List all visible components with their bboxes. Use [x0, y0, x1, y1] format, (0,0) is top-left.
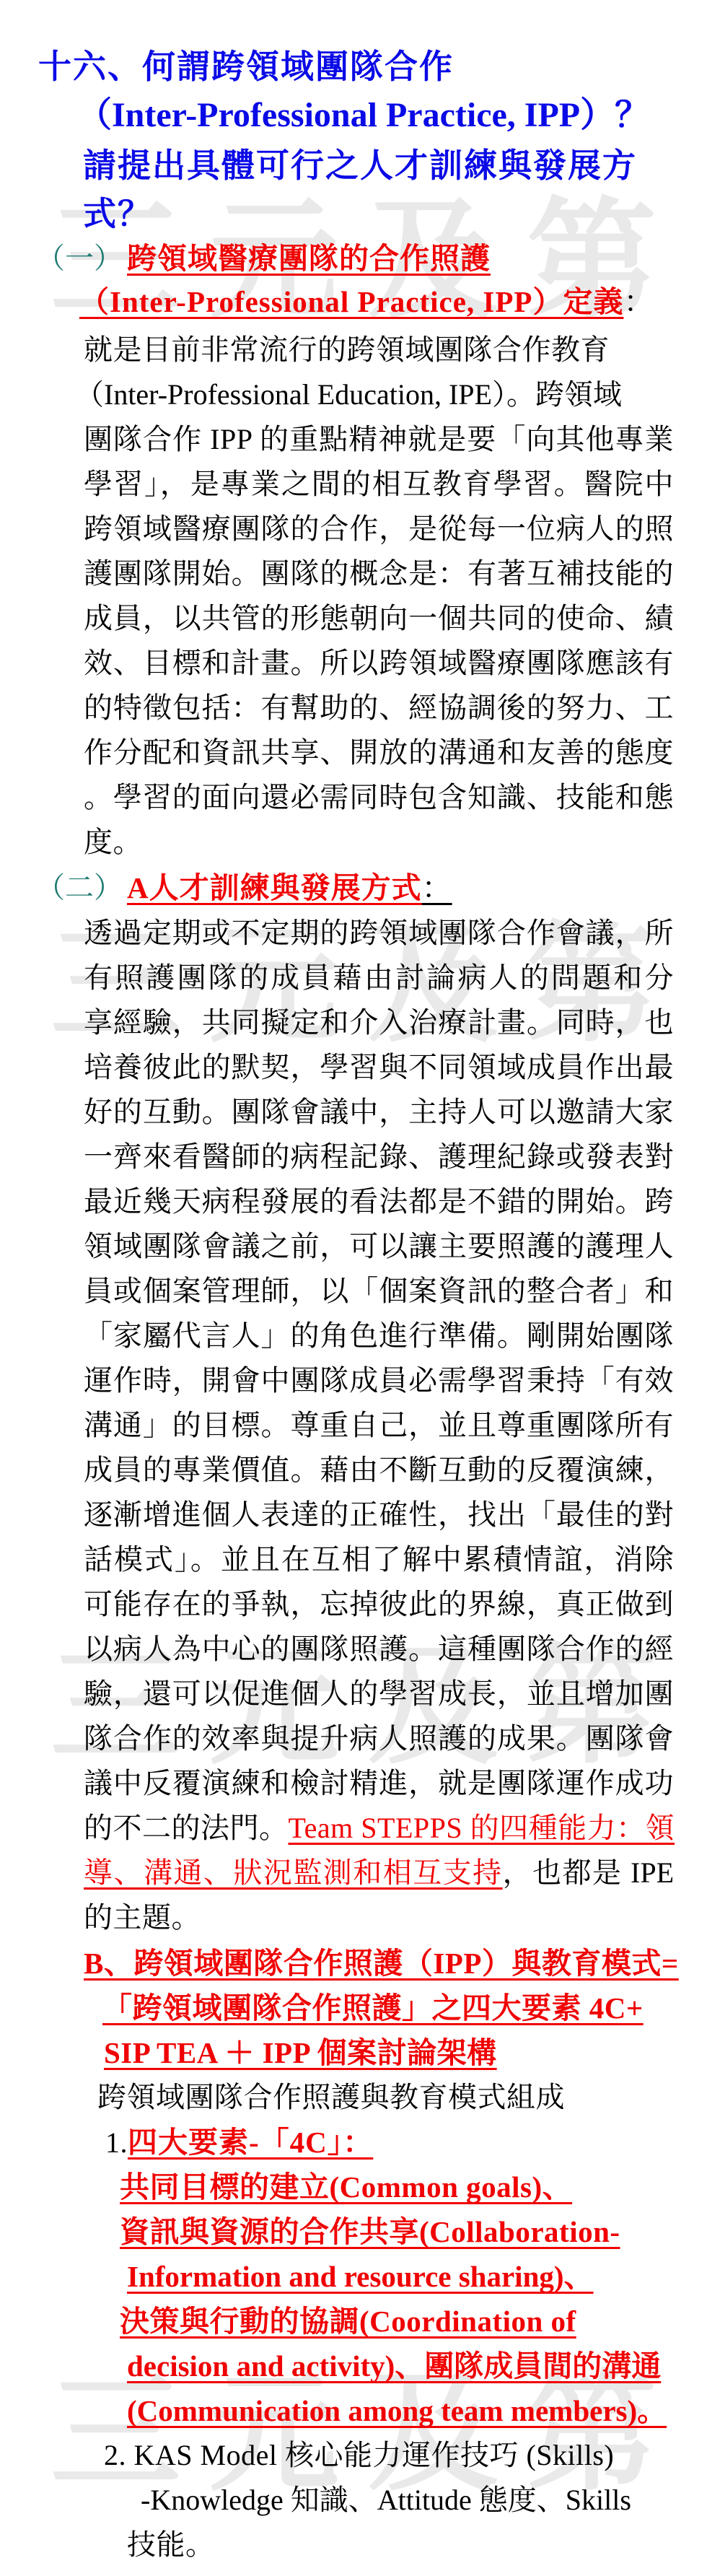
section-heading: A人才訓練與發展方式：: [127, 873, 452, 902]
subsection-heading: B、跨領域團隊合作照護（IPP）與教育模式=: [84, 1949, 675, 1978]
body-line: 有照護團隊的成員藉由討論病人的問題和分: [84, 964, 674, 992]
list-item-number: 1.: [105, 2126, 128, 2159]
list-item-text: (Communication among team members)。: [127, 2394, 667, 2427]
list-item-text: 決策與行動的協調(Coordination of: [120, 2305, 576, 2338]
section-heading: 跨領域醫療團隊的合作照護: [127, 244, 491, 273]
list-item-text: 資訊與資源的合作共享(Collaboration-: [120, 2215, 620, 2248]
list-item-text: Information and resource sharing)、: [127, 2260, 594, 2293]
body-line: 成員，以共管的形態朝向一個共同的使命、績: [84, 604, 674, 633]
subsection-heading: 「跨領域團隊合作照護」之四大要素 4C+: [102, 1994, 644, 2022]
body-line: 最近幾天病程發展的看法都是不錯的開始。跨: [84, 1187, 674, 1216]
teamstepps-highlight: Team STEPPS 的四種能力：領: [289, 1812, 675, 1844]
body-line: 的特徵包括：有幫助的、經協調後的努力、工: [84, 694, 674, 722]
list-item: 1.四大要素-「4C」：: [105, 2128, 373, 2157]
heading-colon: ：: [422, 871, 452, 904]
body-line: 運作時，開會中團隊成員必需學習秉持「有效: [84, 1366, 674, 1395]
body-line: 培養彼此的默契，學習與不同領域成員作出最: [84, 1053, 674, 1082]
body-line: 驗，還可以促進個人的學習成長，並且增加團: [84, 1680, 674, 1708]
subsection-heading-text: SIP TEA ＋ IPP 個案討論架構: [104, 2036, 497, 2069]
body-line: 隊合作的效率與提升病人照護的成果。團隊會: [84, 1724, 674, 1753]
body-line: 員或個案管理師，以「個案資訊的整合者」和: [84, 1277, 674, 1306]
question-title-line: 請提出具體可行之人才訓練與發展方: [83, 148, 637, 184]
body-line: 溝通」的目標。尊重自己，並且尊重團隊所有: [84, 1411, 674, 1440]
list-item-number: 2.: [104, 2439, 126, 2471]
document-page: 三元及第 三元及第 三元及第 三元及第 十六、何謂跨領域團隊合作 （Inter-…: [0, 0, 707, 2576]
body-line: 透過定期或不定期的跨領域團隊合作會議，所: [84, 919, 674, 948]
body-line: 就是目前非常流行的跨領域團隊合作教育: [84, 336, 610, 364]
watermark: 三元及第: [50, 2369, 685, 2499]
body-line: 「家屬代言人」的角色進行準備。剛開始團隊: [84, 1322, 674, 1350]
body-line: 的主題。: [84, 1903, 201, 1932]
body-line: 議中反覆演練和檢討精進，就是團隊運作成功: [84, 1769, 674, 1798]
body-line: （Inter-Professional Education, IPE）。跨領域: [75, 380, 622, 409]
body-line: 團隊合作 IPP 的重點精神就是要「向其他專業: [84, 425, 674, 454]
body-line: 效、目標和計畫。所以跨領域醫療團隊應該有: [84, 649, 674, 678]
body-text: 的不二的法門。: [84, 1812, 289, 1844]
list-item-title: KAS Model 核心能力運作技巧 (Skills): [134, 2439, 615, 2471]
section-heading-text: （Inter-Professional Practice, IPP）定義: [79, 285, 623, 318]
body-line: 導、溝通、狀況監測和相互支持，也都是 IPE: [84, 1859, 674, 1887]
heading-colon: ：: [623, 285, 654, 318]
body-line: 領域團隊會議之前，可以讓主要照護的護理人: [84, 1232, 674, 1261]
subsection-heading-text: B、跨領域團隊合作照護（IPP）與教育模式=: [84, 1947, 679, 1980]
body-line: 的不二的法門。Team STEPPS 的四種能力：領: [84, 1814, 674, 1843]
question-title-line: 式？: [83, 196, 152, 232]
body-line: 護團隊開始。團隊的概念是：有著互補技能的: [84, 559, 674, 588]
list-item-line: 共同目標的建立(Common goals)、: [120, 2173, 572, 2201]
list-item-line: Information and resource sharing)、: [127, 2262, 594, 2291]
body-line: 作分配和資訊共享、開放的溝通和友善的態度: [84, 738, 674, 767]
body-line: 跨領域醫療團隊的合作，是從每一位病人的照: [84, 515, 674, 543]
question-title-line: 十六、何謂跨領域團隊合作: [38, 49, 454, 85]
subsection-heading: SIP TEA ＋ IPP 個案討論架構: [104, 2038, 497, 2067]
body-line: 。學習的面向還必需同時包含知識、技能和態: [84, 783, 674, 812]
list-item-text: 共同目標的建立(Common goals)、: [120, 2170, 572, 2204]
list-item-line: 資訊與資源的合作共享(Collaboration-: [120, 2217, 620, 2246]
body-text: ，也都是 IPE: [503, 1856, 674, 1889]
list-item-line: -Knowledge 知識、Attitude 態度、Skills: [141, 2486, 631, 2515]
body-line: 一齊來看醫師的病程記錄、護理紀錄或發表對: [84, 1143, 674, 1171]
body-line: 好的互動。團隊會議中，主持人可以邀請大家: [84, 1098, 674, 1127]
subsection-intro: 跨領域團隊合作照護與教育模式組成: [97, 2083, 565, 2112]
list-item-spacer: [126, 2439, 134, 2471]
body-line: 以病人為中心的團隊照護。這種團隊合作的經: [84, 1635, 674, 1664]
list-item-title: 四大要素-「4C」：: [128, 2126, 373, 2159]
body-line: 度。: [84, 828, 142, 857]
section-heading: （Inter-Professional Practice, IPP）定義：: [79, 287, 654, 316]
body-line: 享經驗，共同擬定和介入治療計畫。同時，也: [84, 1008, 674, 1037]
list-item-line: (Communication among team members)。: [127, 2396, 667, 2425]
body-line: 成員的專業價值。藉由不斷互動的反覆演練，: [84, 1456, 674, 1485]
teamstepps-highlight: 導、溝通、狀況監測和相互支持: [84, 1856, 503, 1889]
list-item-line: 技能。: [127, 2531, 215, 2559]
body-line: 話模式」。並且在互相了解中累積情誼，消除: [84, 1545, 674, 1574]
body-line: 逐漸增進個人表達的正確性，找出「最佳的對: [84, 1501, 674, 1529]
section-marker: （一）: [36, 244, 123, 273]
list-item-line: 決策與行動的協調(Coordination of: [120, 2307, 576, 2336]
question-title-line: （Inter-Professional Practice, IPP）？: [77, 97, 649, 134]
list-item-line: decision and activity)、團隊成員間的溝通: [127, 2352, 661, 2380]
list-item: 2. KAS Model 核心能力運作技巧 (Skills): [104, 2441, 614, 2470]
list-item-text: decision and activity)、團隊成員間的溝通: [127, 2349, 661, 2383]
section-marker: （二）: [36, 873, 123, 902]
section-heading-text: A人才訓練與發展方式: [127, 871, 422, 904]
body-line: 學習」，是專業之間的相互教育學習。醫院中: [84, 470, 674, 499]
section-heading-text: 跨領域醫療團隊的合作照護: [127, 242, 491, 275]
subsection-heading-text: 「跨領域團隊合作照護」之四大要素 4C+: [102, 1991, 644, 2025]
body-line: 可能存在的爭執，忘掉彼此的界線，真正做到: [84, 1590, 674, 1619]
